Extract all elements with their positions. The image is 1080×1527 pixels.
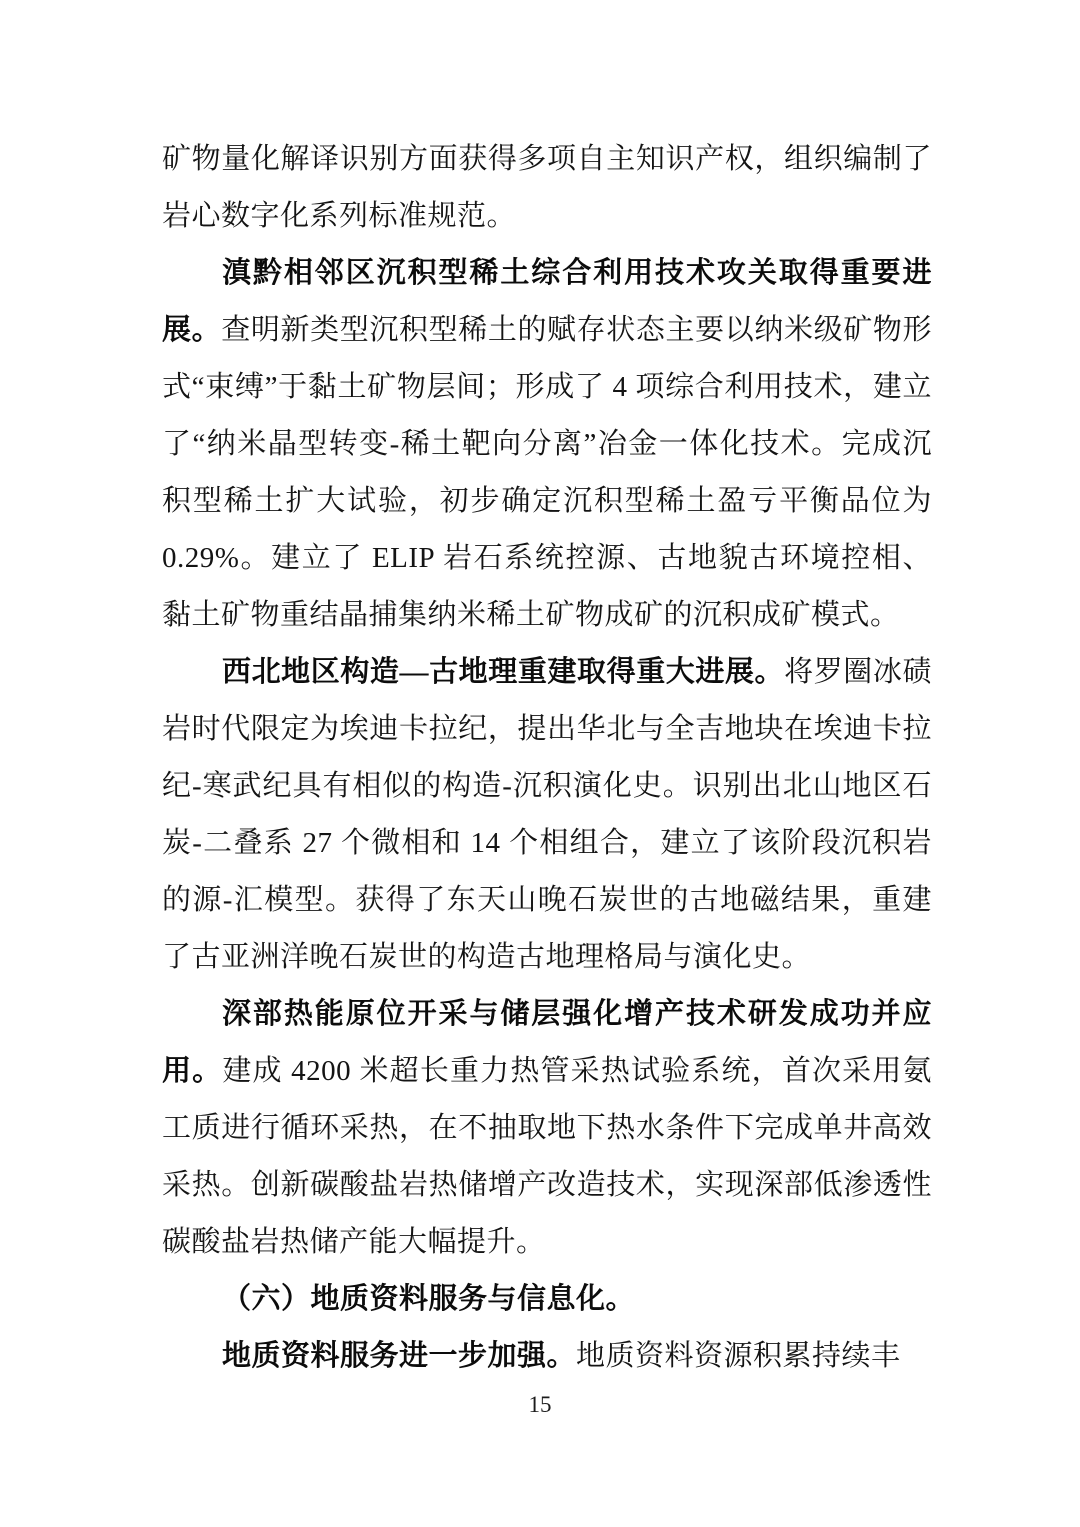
paragraph-core-digitization: 矿物量化解译识别方面获得多项自主知识产权，组织编制了岩心数字化系列标准规范。 xyxy=(162,131,932,245)
paragraph-northwest-paleogeography: 西北地区构造—古地理重建取得重大进展。将罗圈冰碛岩时代限定为埃迪卡拉纪，提出华北… xyxy=(162,644,932,986)
paragraph-text: 矿物量化解译识别方面获得多项自主知识产权，组织编制了岩心数字化系列标准规范。 xyxy=(162,143,932,232)
paragraph-text: 查明新类型沉积型稀土的赋存状态主要以纳米级矿物形式“束缚”于黏土矿物层间；形成了… xyxy=(162,314,932,631)
paragraph-rare-earth: 滇黔相邻区沉积型稀土综合利用技术攻关取得重要进展。查明新类型沉积型稀土的赋存状态… xyxy=(162,245,932,644)
document-body: 矿物量化解译识别方面获得多项自主知识产权，组织编制了岩心数字化系列标准规范。 滇… xyxy=(162,131,932,1385)
page-number: 15 xyxy=(0,1390,1080,1420)
paragraph-text: 将罗圈冰碛岩时代限定为埃迪卡拉纪，提出华北与全吉地块在埃迪卡拉纪-寒武纪具有相似… xyxy=(162,656,932,973)
paragraph-geodata-service: 地质资料服务进一步加强。地质资料资源积累持续丰 xyxy=(162,1328,932,1385)
paragraph-lead-bold: 西北地区构造—古地理重建取得重大进展。 xyxy=(222,656,784,688)
section-heading-bold: （六）地质资料服务与信息化。 xyxy=(222,1283,635,1315)
document-page: 矿物量化解译识别方面获得多项自主知识产权，组织编制了岩心数字化系列标准规范。 滇… xyxy=(0,0,1080,1527)
paragraph-lead-bold: 地质资料服务进一步加强。 xyxy=(222,1340,576,1372)
paragraph-deep-geothermal: 深部热能原位开采与储层强化增产技术研发成功并应用。建成 4200 米超长重力热管… xyxy=(162,986,932,1271)
paragraph-text: 建成 4200 米超长重力热管采热试验系统，首次采用氨工质进行循环采热，在不抽取… xyxy=(162,1055,932,1258)
paragraph-text: 地质资料资源积累持续丰 xyxy=(576,1340,901,1372)
heading-section-six: （六）地质资料服务与信息化。 xyxy=(162,1271,932,1328)
